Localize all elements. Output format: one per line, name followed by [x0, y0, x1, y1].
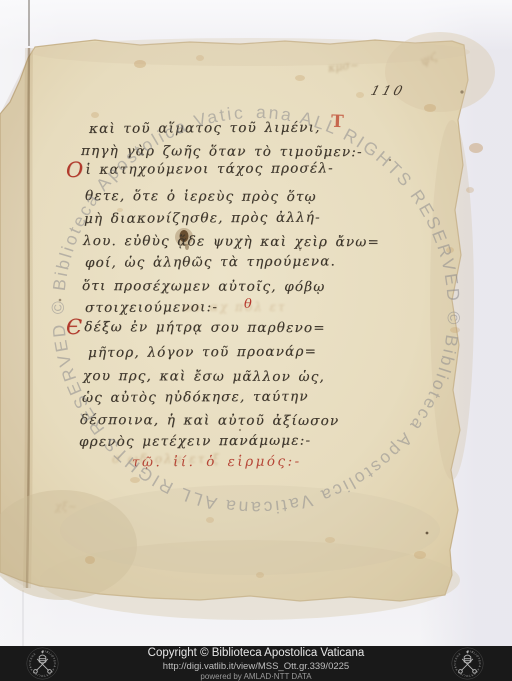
copyright-watermark-ring: ana ALL RIGHTS RESERVED © Biblioteca Apo…: [0, 0, 512, 646]
svg-text:ana ALL RIGHTS RESERVED © Bibl: ana ALL RIGHTS RESERVED © Biblioteca Apo…: [48, 102, 464, 518]
svg-text:BIBLIOTECA APOSTOLICA VATICANA: BIBLIOTECA APOSTOLICA VATICANA: [453, 649, 482, 678]
copyright-line: Copyright © Biblioteca Apostolica Vatica…: [0, 648, 512, 660]
seal-ring-text: BIBLIOTECA APOSTOLICA VATICANA: [453, 649, 482, 678]
manuscript-scan-view: καὶ τοῦ αἵματος τοῦ λιμένι, πηγὴ γὰρ ζωῆ…: [0, 0, 512, 681]
powered-by-line: powered by AMLAD·NTT DATA: [0, 673, 512, 681]
vatican-library-seal-icon: BIBLIOTECA APOSTOLICA VATICANA: [451, 647, 484, 680]
footer-credits: Copyright © Biblioteca Apostolica Vatica…: [0, 648, 512, 681]
scan-background: καὶ τοῦ αἵματος τοῦ λιμένι, πηγὴ γὰρ ζωῆ…: [0, 0, 512, 646]
source-url: http://digi.vatlib.it/view/MSS_Ott.gr.33…: [0, 662, 512, 672]
watermark-text: ana ALL RIGHTS RESERVED © Biblioteca Apo…: [48, 102, 464, 518]
footer-bar: BIBLIOTECA APOSTOLICA VATICANA Copyright…: [0, 646, 512, 681]
